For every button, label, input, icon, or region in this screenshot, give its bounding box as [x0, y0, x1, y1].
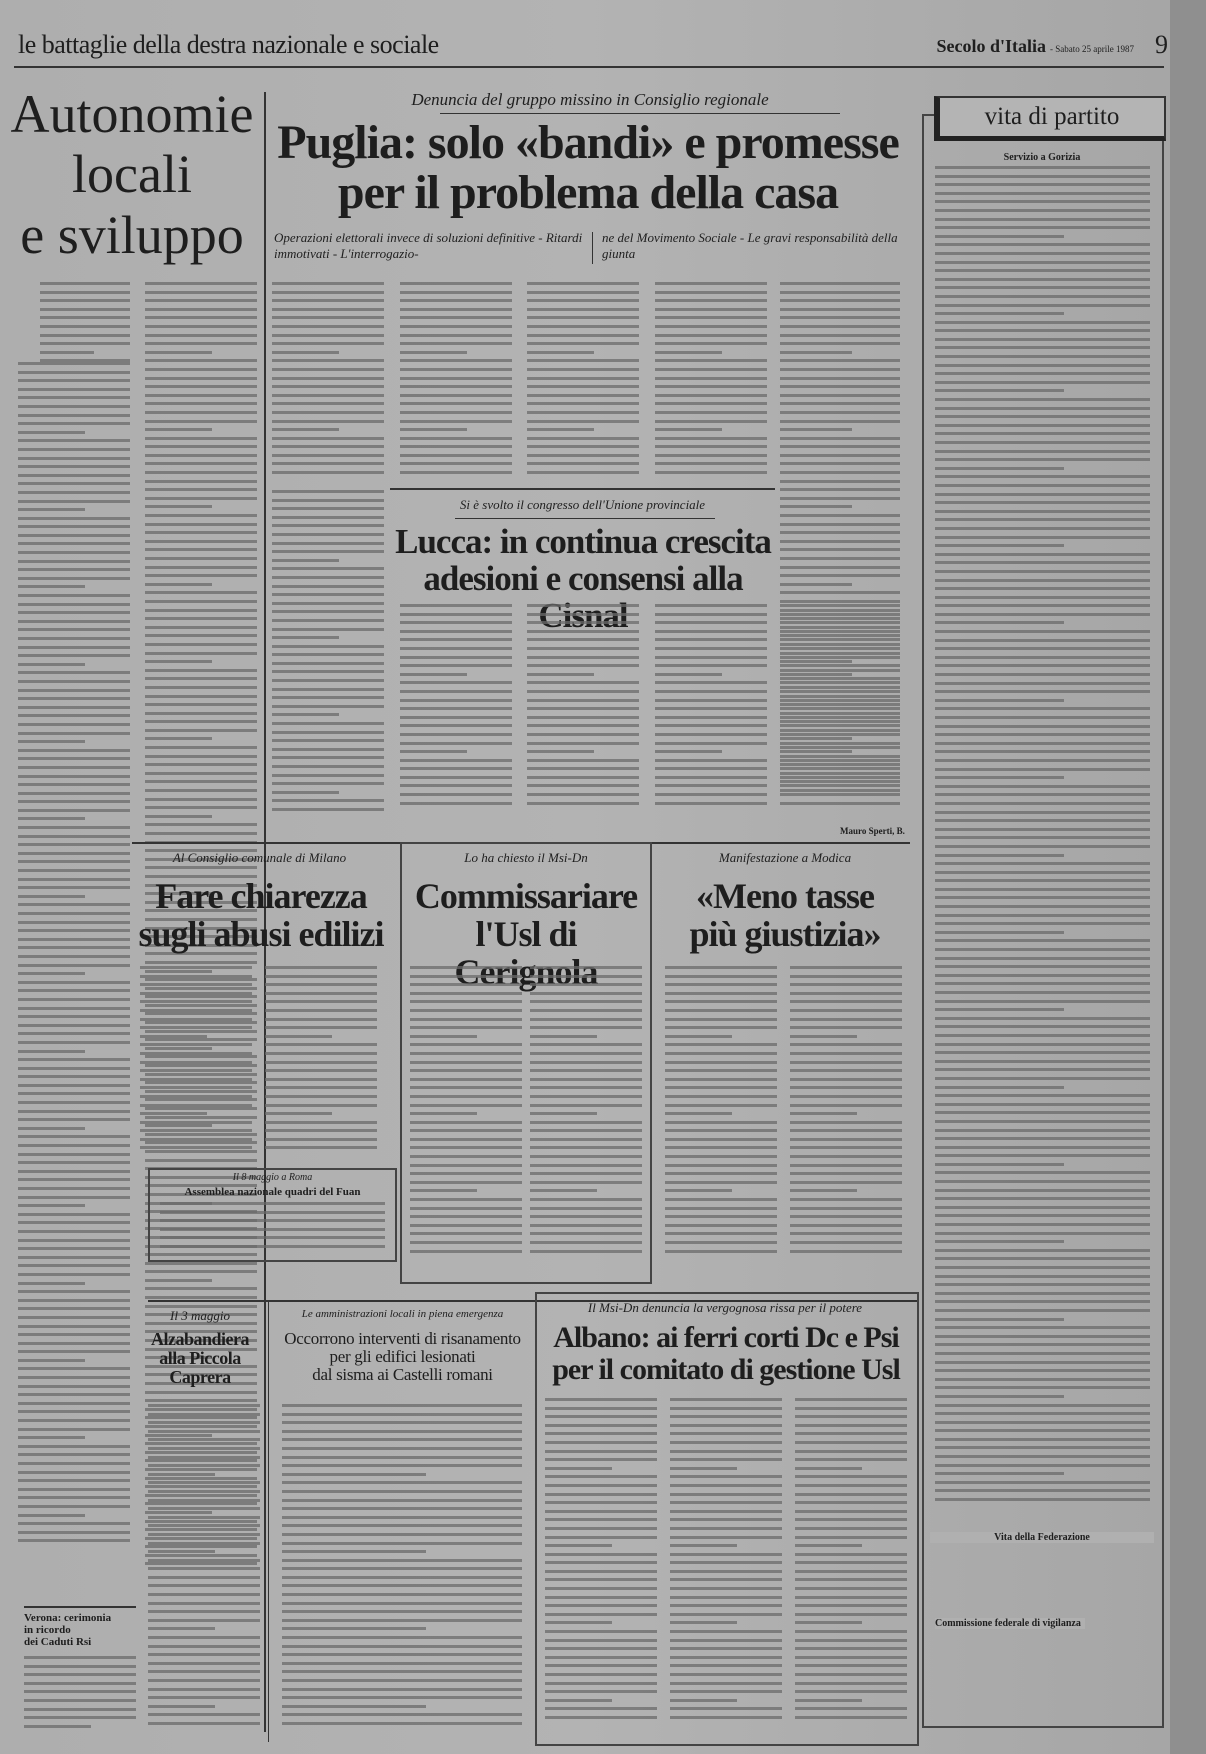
- body-text-line: [18, 860, 130, 863]
- body-text-line: [145, 660, 212, 663]
- body-text-line: [527, 724, 639, 727]
- body-text-line: [670, 1424, 782, 1427]
- body-text-line: [670, 1467, 737, 1470]
- body-text-line: [655, 759, 767, 762]
- body-text-line: [935, 1498, 1150, 1501]
- body-text-line: [18, 534, 130, 537]
- body-text-line: [145, 1270, 257, 1273]
- body-text-line: [145, 780, 257, 783]
- body-text-line: [410, 1086, 522, 1089]
- body-text-line: [400, 630, 512, 633]
- body-text-line: [780, 325, 900, 328]
- body-text-line: [795, 1544, 862, 1547]
- body-text-line: [145, 1287, 257, 1290]
- body-text-line: [40, 299, 130, 302]
- body-text-line: [655, 621, 767, 624]
- body-text-line: [935, 1300, 1150, 1303]
- body-text-line: [665, 966, 777, 969]
- body-text-line: [780, 505, 852, 508]
- body-text-line: [145, 454, 257, 457]
- body-text-line: [282, 1679, 522, 1682]
- verona-rule: [24, 1606, 136, 1608]
- body-text-line: [140, 1009, 252, 1012]
- body-text-line: [18, 903, 130, 906]
- body-text-line: [795, 1407, 907, 1410]
- body-text-line: [795, 1475, 907, 1478]
- body-text-line: [527, 351, 594, 354]
- body-text-line: [148, 1473, 215, 1476]
- body-text-line: [780, 334, 900, 337]
- body-text-line: [145, 815, 212, 818]
- body-text-line: [148, 1456, 260, 1459]
- body-text-line: [272, 402, 384, 405]
- body-text-line: [18, 964, 130, 967]
- body-text-line: [410, 992, 522, 995]
- body-text-line: [790, 1232, 902, 1235]
- body-text-line: [780, 699, 900, 702]
- body-text-line: [795, 1587, 907, 1590]
- body-text-line: [272, 542, 384, 545]
- body-text-line: [780, 394, 900, 397]
- body-text-line: [18, 611, 130, 614]
- body-text-line: [18, 972, 85, 975]
- body-text-line: [145, 832, 257, 835]
- body-text-line: [145, 368, 257, 371]
- body-text-line: [140, 1043, 252, 1046]
- body-text-line: [530, 1009, 642, 1012]
- vita-di-partito-title: vita di partito: [934, 96, 1166, 141]
- body-text-line: [935, 1266, 1150, 1269]
- body-text-line: [655, 359, 767, 362]
- body-text-line: [935, 1283, 1150, 1286]
- body-text-line: [18, 371, 130, 374]
- body-text-line: [935, 1429, 1150, 1432]
- body-text-line: [545, 1673, 657, 1676]
- body-text-line: [665, 1061, 777, 1064]
- body-text-line: [545, 1639, 657, 1642]
- body-text-line: [935, 1206, 1150, 1209]
- body-text-line: [145, 377, 257, 380]
- body-text-line: [18, 1153, 130, 1156]
- body-text-line: [665, 992, 777, 995]
- body-text-line: [272, 765, 384, 768]
- body-text-line: [935, 725, 1150, 728]
- body-text-line: [935, 295, 1150, 298]
- body-text-line: [18, 732, 130, 735]
- body-text-line: [18, 422, 130, 425]
- body-text-line: [665, 1129, 777, 1132]
- body-text-line: [282, 1438, 522, 1441]
- body-text-line: [665, 1215, 777, 1218]
- body-text-line: [282, 1602, 522, 1605]
- body-text-line: [145, 823, 257, 826]
- body-text-line: [145, 437, 257, 440]
- body-text-line: [530, 1215, 642, 1218]
- body-text-line: [145, 334, 257, 337]
- body-text-line: [18, 1282, 85, 1285]
- body-text-line: [655, 402, 767, 405]
- body-text-line: [527, 604, 639, 607]
- body-text-line: [400, 733, 512, 736]
- body-text-line: [145, 703, 257, 706]
- body-text-line: [400, 647, 512, 650]
- body-text-line: [790, 1155, 902, 1158]
- body-text-line: [148, 1705, 215, 1708]
- body-text-line: [18, 835, 130, 838]
- body-text-line: [400, 359, 512, 362]
- body-text-line: [282, 1524, 522, 1527]
- body-text-line: [18, 955, 130, 958]
- body-text-line: [272, 359, 384, 362]
- body-text-line: [935, 905, 1150, 908]
- body-text-line: [272, 696, 384, 699]
- body-text-line: [145, 600, 257, 603]
- body-text-line: [282, 1542, 522, 1545]
- body-text-line: [935, 1404, 1150, 1407]
- body-text-line: [18, 1393, 130, 1396]
- body-text-line: [18, 809, 130, 812]
- body-text-line: [272, 385, 384, 388]
- body-text-line: [400, 690, 512, 693]
- body-text-line: [655, 681, 767, 684]
- body-text-line: [140, 992, 252, 995]
- body-text-line: [545, 1561, 657, 1564]
- body-text-line: [18, 1230, 130, 1233]
- body-text-line: [148, 1722, 260, 1725]
- body-text-line: [935, 854, 1064, 857]
- body-text-line: [527, 707, 639, 710]
- body-text-line: [795, 1441, 907, 1444]
- body-text-line: [790, 1129, 902, 1132]
- body-text-line: [272, 774, 384, 777]
- body-text-line: [18, 1101, 130, 1104]
- body-text-line: [145, 291, 257, 294]
- body-text-line: [655, 664, 767, 667]
- body-text-line: [935, 1197, 1150, 1200]
- body-text-line: [790, 1250, 902, 1253]
- body-text-line: [400, 776, 512, 779]
- body-text-line: [670, 1621, 737, 1624]
- body-text-line: [145, 763, 257, 766]
- body-text-line: [145, 652, 257, 655]
- body-text-line: [935, 381, 1150, 384]
- body-text-line: [790, 1207, 902, 1210]
- body-text-line: [18, 843, 130, 846]
- body-text-line: [18, 775, 130, 778]
- body-text-line: [527, 385, 639, 388]
- body-text-line: [527, 359, 639, 362]
- body-text-line: [780, 488, 900, 491]
- body-text-line: [410, 1155, 522, 1158]
- body-text-line: [282, 1473, 426, 1476]
- body-text-line: [935, 707, 1150, 710]
- body-text-line: [670, 1510, 782, 1513]
- body-text-line: [18, 1135, 130, 1138]
- caprera-text: [148, 1404, 260, 1731]
- body-text-line: [265, 1035, 332, 1038]
- body-text-line: [272, 454, 384, 457]
- body-text-line: [400, 411, 512, 414]
- body-text-line: [795, 1621, 862, 1624]
- body-text-line: [18, 706, 130, 709]
- body-text-line: [655, 793, 767, 796]
- body-text-line: [655, 291, 767, 294]
- body-text-line: [545, 1553, 657, 1556]
- body-text-line: [530, 1224, 642, 1227]
- body-text-line: [935, 871, 1150, 874]
- body-text-line: [545, 1415, 657, 1418]
- body-text-line: [272, 585, 384, 588]
- body-text-line: [665, 1224, 777, 1227]
- body-text-line: [272, 731, 384, 734]
- body-text-line: [18, 362, 130, 365]
- body-text-line: [282, 1550, 426, 1553]
- body-text-line: [400, 681, 512, 684]
- body-text-line: [148, 1610, 260, 1613]
- body-text-line: [272, 325, 384, 328]
- body-text-line: [400, 351, 467, 354]
- body-text-line: [18, 1264, 130, 1267]
- puglia-kicker: Denuncia del gruppo missino in Consiglio…: [270, 90, 910, 110]
- body-text-line: [272, 808, 384, 811]
- body-text-line: [935, 1446, 1150, 1449]
- body-text-line: [795, 1570, 907, 1573]
- body-text-line: [148, 1404, 260, 1407]
- body-text-line: [545, 1475, 657, 1478]
- body-text-line: [655, 454, 767, 457]
- body-text-line: [935, 364, 1150, 367]
- body-text-line: [140, 1129, 252, 1132]
- body-text-line: [530, 1043, 642, 1046]
- body-text-line: [160, 1236, 385, 1239]
- body-text-line: [272, 428, 339, 431]
- lucca-byline: Mauro Sperti, B.: [840, 826, 905, 836]
- body-text-line: [145, 394, 257, 397]
- body-text-line: [935, 965, 1150, 968]
- body-text-line: [18, 474, 130, 477]
- body-text-line: [18, 1256, 130, 1259]
- body-text-line: [145, 385, 257, 388]
- body-text-line: [935, 888, 1150, 891]
- body-text-line: [527, 664, 639, 667]
- body-text-line: [148, 1499, 260, 1502]
- modica-headline: «Meno tasse più giustizia»: [660, 878, 910, 954]
- body-text-line: [145, 695, 257, 698]
- body-text-line: [410, 1250, 522, 1253]
- body-text-line: [40, 308, 130, 311]
- body-text-line: [655, 299, 767, 302]
- body-text-line: [780, 621, 900, 624]
- body-text-line: [935, 1275, 1150, 1278]
- body-text-line: [140, 1061, 252, 1064]
- body-text-line: [527, 471, 639, 474]
- body-text-line: [935, 750, 1150, 753]
- body-text-line: [780, 802, 900, 805]
- body-text-line: [935, 1025, 1150, 1028]
- body-text-line: [655, 462, 767, 465]
- body-text-line: [400, 308, 512, 311]
- body-text-line: [410, 1018, 522, 1021]
- body-text-line: [272, 499, 384, 502]
- body-text-line: [780, 793, 900, 796]
- body-text-line: [527, 681, 639, 684]
- body-text-line: [282, 1490, 522, 1493]
- body-text-line: [530, 1069, 642, 1072]
- body-text-line: [18, 783, 130, 786]
- body-text-line: [530, 1095, 642, 1098]
- body-text-line: [545, 1398, 657, 1401]
- body-text-line: [655, 707, 767, 710]
- body-text-line: [272, 437, 384, 440]
- body-text-line: [282, 1567, 522, 1570]
- body-text-line: [780, 767, 900, 770]
- body-text-line: [530, 1189, 597, 1192]
- body-text-line: [18, 465, 130, 468]
- body-text-line: [670, 1578, 782, 1581]
- body-text-line: [530, 1207, 642, 1210]
- body-text-line: [655, 647, 767, 650]
- body-text-line: [670, 1458, 782, 1461]
- body-text-line: [18, 697, 130, 700]
- body-text-line: [24, 1708, 136, 1711]
- body-text-line: [935, 845, 1150, 848]
- body-text-line: [527, 402, 639, 405]
- body-text-line: [140, 1095, 252, 1098]
- body-text-line: [148, 1524, 260, 1527]
- body-text-line: [530, 1061, 642, 1064]
- body-text-line: [410, 1215, 522, 1218]
- body-text-line: [530, 1138, 642, 1141]
- body-text-line: [655, 699, 767, 702]
- body-text-line: [780, 690, 900, 693]
- body-text-line: [148, 1636, 260, 1639]
- body-text-line: [145, 497, 257, 500]
- body-text-line: [400, 750, 467, 753]
- body-text-line: [18, 1127, 85, 1130]
- puglia-text-col1-cont: [272, 490, 384, 817]
- body-text-line: [410, 1052, 522, 1055]
- body-text-line: [145, 772, 257, 775]
- body-text-line: [545, 1407, 657, 1410]
- body-text-line: [18, 878, 130, 881]
- body-text-line: [665, 1035, 732, 1038]
- body-text-line: [935, 1232, 1150, 1235]
- body-text-line: [530, 975, 642, 978]
- body-text-line: [545, 1484, 657, 1487]
- body-text-line: [282, 1696, 522, 1699]
- kicker-rule: [455, 518, 715, 519]
- body-text-line: [545, 1493, 657, 1496]
- body-text-line: [935, 218, 1150, 221]
- body-text-line: [545, 1518, 657, 1521]
- body-text-line: [780, 716, 900, 719]
- body-text-line: [935, 1103, 1150, 1106]
- body-text-line: [545, 1664, 657, 1667]
- body-text-line: [527, 647, 639, 650]
- body-text-line: [780, 471, 900, 474]
- body-text-line: [780, 759, 900, 762]
- body-text-line: [145, 669, 257, 672]
- body-text-line: [18, 542, 130, 545]
- body-text-line: [282, 1456, 522, 1459]
- body-text-line: [400, 724, 512, 727]
- body-text-line: [935, 398, 1150, 401]
- body-text-line: [795, 1561, 907, 1564]
- body-text-line: [790, 1000, 902, 1003]
- body-text-line: [935, 1223, 1150, 1226]
- body-text-line: [780, 566, 900, 569]
- body-text-line: [160, 1228, 385, 1231]
- body-text-line: [935, 922, 1150, 925]
- body-text-line: [670, 1699, 737, 1702]
- body-text-line: [272, 377, 384, 380]
- body-text-line: [140, 1052, 252, 1055]
- body-text-line: [148, 1662, 260, 1665]
- body-text-line: [145, 420, 257, 423]
- body-text-line: [655, 613, 767, 616]
- body-text-line: [265, 1095, 377, 1098]
- body-text-line: [795, 1398, 907, 1401]
- body-text-line: [935, 1318, 1064, 1321]
- body-text-line: [145, 729, 257, 732]
- body-text-line: [272, 782, 384, 785]
- body-text-line: [670, 1604, 782, 1607]
- body-text-line: [935, 699, 1064, 702]
- body-text-line: [40, 316, 130, 319]
- body-text-line: [148, 1559, 260, 1562]
- body-text-line: [655, 724, 767, 727]
- body-text-line: [18, 1007, 130, 1010]
- vita-entries-text: [935, 166, 1150, 1507]
- body-text-line: [272, 705, 384, 708]
- body-text-line: [18, 594, 130, 597]
- body-text-line: [780, 402, 900, 405]
- body-text-line: [18, 1032, 130, 1035]
- puglia-subhead-right: ne del Movimento Sociale - Le gravi resp…: [602, 230, 912, 261]
- body-text-line: [410, 1000, 522, 1003]
- body-text-line: [790, 1121, 902, 1124]
- body-text-line: [410, 1121, 522, 1124]
- body-text-line: [145, 1279, 212, 1282]
- body-text-line: [935, 355, 1150, 358]
- body-text-line: [18, 1178, 130, 1181]
- body-text-line: [18, 817, 85, 820]
- body-text-line: [780, 656, 900, 659]
- body-text-line: [272, 748, 384, 751]
- body-text-line: [935, 432, 1150, 435]
- body-text-line: [780, 583, 852, 586]
- body-text-line: [400, 699, 512, 702]
- body-text-line: [935, 570, 1150, 573]
- body-text-line: [272, 653, 384, 656]
- body-text-line: [780, 600, 900, 603]
- body-text-line: [18, 766, 130, 769]
- body-text-line: [935, 1086, 1064, 1089]
- body-text-line: [282, 1447, 522, 1450]
- body-text-line: [935, 896, 1150, 899]
- body-text-line: [272, 462, 384, 465]
- body-text-line: [18, 414, 130, 417]
- body-text-line: [670, 1484, 782, 1487]
- body-text-line: [670, 1407, 782, 1410]
- body-text-line: [265, 1043, 377, 1046]
- body-text-line: [145, 488, 257, 491]
- body-text-line: [935, 175, 1150, 178]
- body-text-line: [18, 379, 130, 382]
- body-text-line: [545, 1450, 657, 1453]
- body-text-line: [410, 1232, 522, 1235]
- body-text-line: [780, 742, 900, 745]
